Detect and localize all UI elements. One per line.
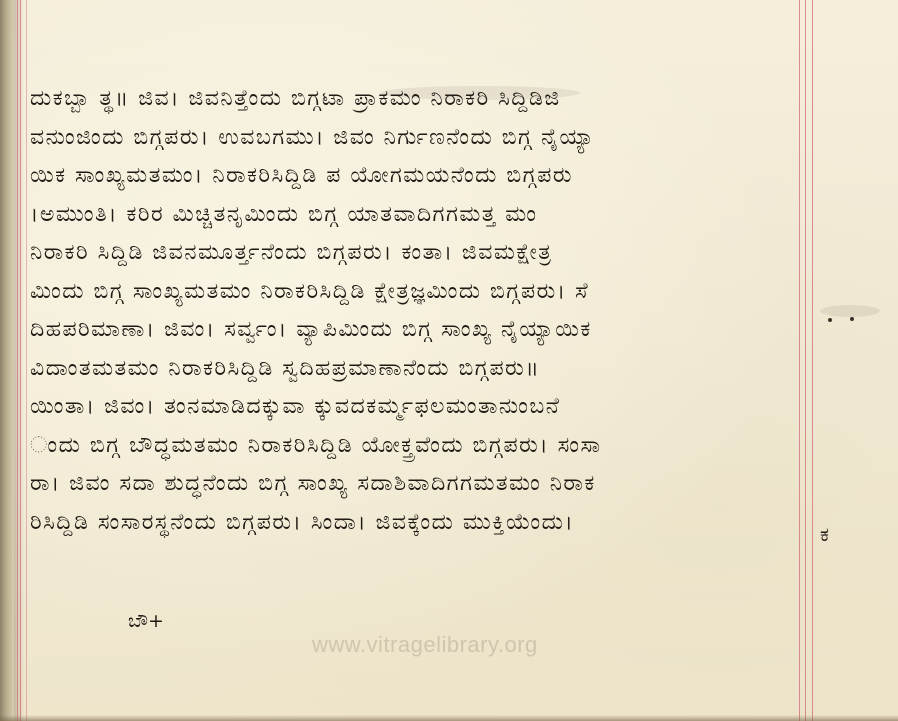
catchword: ಬೌ+ [128, 610, 164, 632]
text-line-3: ಯಿಕ ಸಾಂಖ್ಯಮತಮಂ। ನಿರಾಕರಿಸಿದ್ದಿಡಿ ಪ ಯೋಗಮಯನ… [30, 157, 800, 196]
text-line-1: ದುಕಬ್ಬಾ ತ್ಥ॥ ಜಿವ। ಜಿವನಿತ್ತೆಂದು ಬಿಗ್ಗಟಾ ಪ… [30, 80, 800, 119]
text-line-11: ರಾ। ಜಿವಂ ಸದಾ ಶುದ್ಧನೆಂದು ಬಿಗ್ಗ ಸಾಂಖ್ಯ ಸದಾ… [30, 465, 800, 504]
text-line-9: ಯಿಂತಾ। ಜಿವಂ। ತಂನಮಾಡಿದಕ್ಕುವಾ ಕ್ಕುವದಕರ್ಮ್ಮ… [30, 388, 800, 427]
text-line-12: ರಿಸಿದ್ದಿಡಿ ಸಂಸಾರಸ್ಥನೆಂದು ಬಿಗ್ಗಪರು। ಸಿಂದಾ… [30, 504, 800, 543]
left-margin-rule [20, 0, 21, 721]
text-line-2: ವನುಂಜಿಂದು ಬಿಗ್ಗಪರು। ಉವಬಗಮು। ಜಿವಂ ನಿರ್ಗುಣ… [30, 119, 800, 158]
page-bottom-edge [0, 715, 898, 721]
manuscript-text: ದುಕಬ್ಬಾ ತ್ಥ॥ ಜಿವ। ಜಿವನಿತ್ತೆಂದು ಬಿಗ್ಗಟಾ ಪ… [30, 80, 800, 542]
right-margin-rule [812, 0, 813, 721]
margin-note-right: ಕ [820, 522, 829, 546]
manuscript-page: ದುಕಬ್ಬಾ ತ್ಥ॥ ಜಿವ। ಜಿವನಿತ್ತೆಂದು ಬಿಗ್ಗಟಾ ಪ… [0, 0, 898, 721]
text-line-5: ನಿರಾಕರಿ ಸಿದ್ದಿಡಿ ಜಿವನಮೂರ್ತ್ತನೆಂದು ಬಿಗ್ಗಪ… [30, 234, 800, 273]
text-line-4: ।ಅಮುಂತಿ। ಕರಿರ ಮಿಚ್ಚಿತನೃಮಿಂದು ಬಿಗ್ಗ ಯಾತವಾ… [30, 196, 800, 235]
text-line-7: ದಿಹಪರಿಮಾಣಾ। ಜಿವಂ। ಸರ್ವ್ವಂ। ವ್ಯಾಪಿಮಿಂದು ಬ… [30, 311, 800, 350]
book-binding [0, 0, 14, 721]
watermark: www.vitragelibrary.org [312, 632, 538, 658]
ink-dot [828, 318, 832, 322]
gutter-shadow [14, 0, 24, 721]
left-margin-rule [26, 0, 27, 721]
text-line-6: ಮಿಂದು ಬಿಗ್ಗ ಸಾಂಖ್ಯಮತಮಂ ನಿರಾಕರಿಸಿದ್ದಿಡಿ ಕ… [30, 273, 800, 312]
text-line-8: ವಿದಾಂತಮತಮಂ ನಿರಾಕರಿಸಿದ್ದಿಡಿ ಸ್ವದಿಹಪ್ರಮಾಣಾ… [30, 350, 800, 389]
right-margin-rule [805, 0, 806, 721]
ink-dot [850, 317, 854, 321]
left-margin-rule [17, 0, 18, 721]
text-line-10: ಂದು ಬಿಗ್ಗ ಬೌದ್ಧಮತಮಂ ನಿರಾಕರಿಸಿದ್ದಿಡಿ ಯೋಕ್… [30, 427, 800, 466]
ink-stain [820, 305, 880, 317]
